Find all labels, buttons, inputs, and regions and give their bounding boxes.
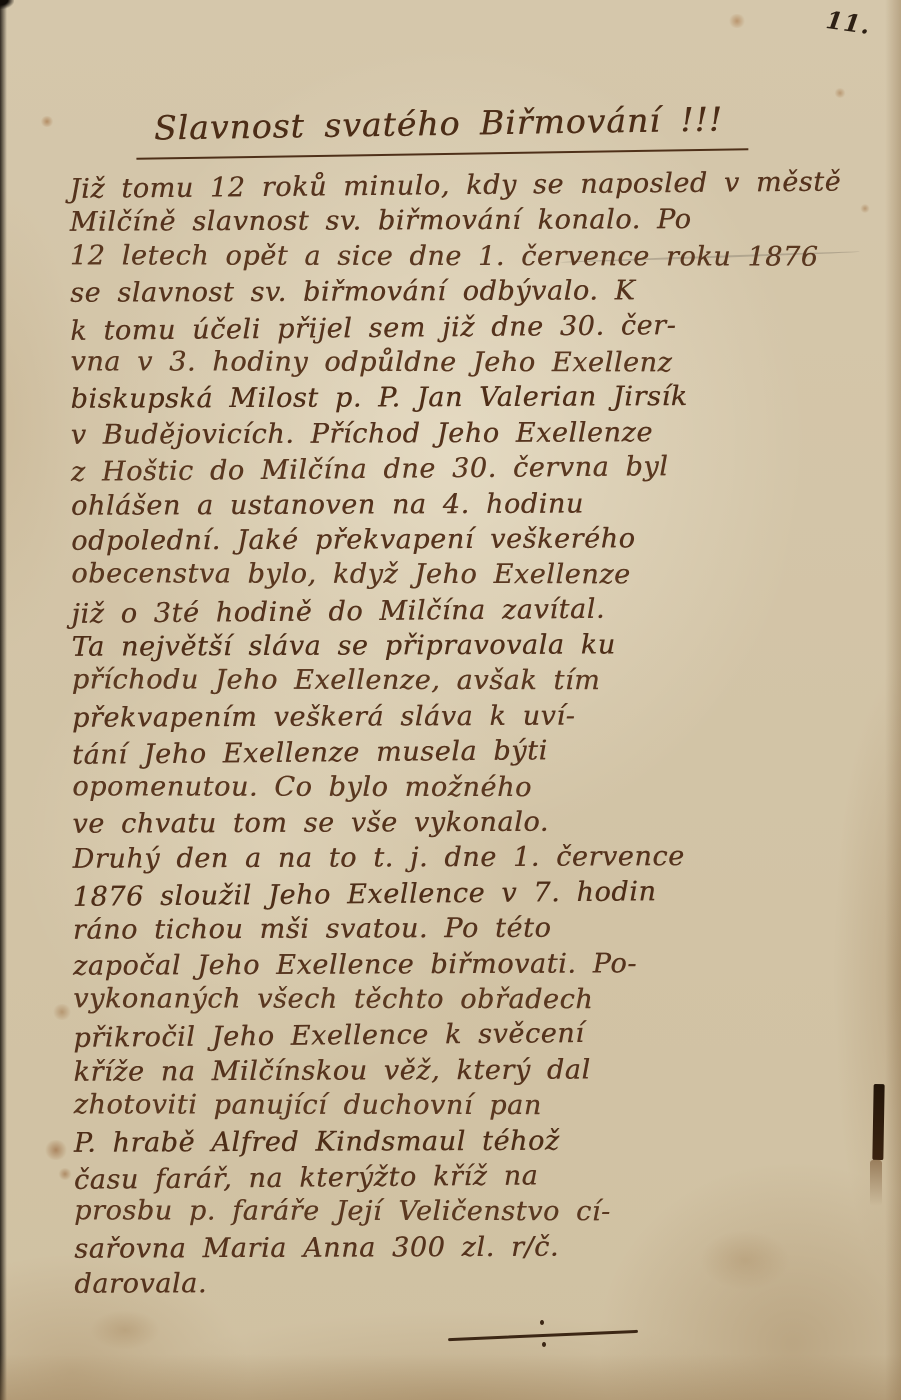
stain — [834, 88, 846, 98]
margin-ink-mark — [872, 1084, 884, 1160]
page-right-edge — [885, 0, 901, 1400]
manuscript-line: biskupská Milost p. P. Jan Valerian Jirs… — [70, 379, 870, 418]
divider-line — [448, 1330, 638, 1341]
manuscript-line: Druhý den a na to t. j. dne 1. července — [72, 839, 872, 878]
manuscript-line: Milčíně slavnost sv. biřmování konalo. P… — [70, 202, 870, 241]
manuscript-line: odpolední. Jaké překvapení veškerého — [71, 520, 871, 559]
manuscript-line: příchodu Jeho Exellenze, avšak tím — [72, 663, 872, 700]
page-left-edge — [0, 0, 7, 1400]
page-number: 11. — [824, 5, 872, 40]
stain — [44, 1140, 68, 1160]
manuscript-line: 12 letech opět a sice dne 1. července ro… — [70, 238, 870, 275]
manuscript-line: sařovna Maria Anna 300 zl. r/č. — [74, 1228, 874, 1267]
stain — [728, 14, 746, 28]
manuscript-line: vna v 3. hodiny odpůldne Jeho Exellenz — [70, 344, 870, 381]
manuscript-line: obecenstva bylo, když Jeho Exellenze — [71, 557, 871, 594]
section-divider — [448, 1318, 638, 1352]
manuscript-page: 11. Slavnost svatého Biřmování !!! Již t… — [0, 0, 901, 1400]
manuscript-body: Již tomu 12 roků minulo, kdy se naposled… — [70, 166, 875, 1302]
manuscript-line: 1876 sloužil Jeho Exellence v 7. hodin — [73, 872, 873, 915]
manuscript-line: již o 3té hodině do Milčína zavítal. — [71, 589, 871, 632]
manuscript-line: zhotoviti panující duchovní pan — [74, 1087, 874, 1124]
title-underline: Slavnost svatého Biřmování !!! — [136, 99, 749, 160]
manuscript-line: ohlášen a ustanoven na 4. hodinu — [71, 485, 871, 524]
stain — [90, 1310, 160, 1350]
divider-dot — [540, 1320, 544, 1325]
stain — [40, 116, 54, 127]
stain — [58, 1168, 72, 1180]
manuscript-line: opomenutou. Co bylo možného — [72, 769, 872, 806]
divider-dot — [542, 1342, 546, 1347]
manuscript-line: času farář, na kterýžto kříž na — [74, 1155, 874, 1198]
stain — [52, 1004, 72, 1020]
page-title: Slavnost svatého Biřmování !!! — [154, 99, 749, 147]
manuscript-line: vykonaných všech těchto obřadech — [73, 981, 873, 1018]
manuscript-line: přikročil Jeho Exellence k svěcení — [73, 1014, 873, 1057]
page-corner-shadow — [0, 0, 14, 9]
manuscript-line: se slavnost sv. biřmování odbývalo. K — [70, 272, 870, 311]
manuscript-line: Již tomu 12 roků minulo, kdy se naposled… — [69, 164, 869, 207]
manuscript-line: P. hrabě Alfred Kindsmaul téhož — [74, 1122, 874, 1161]
manuscript-line: kříže na Milčínskou věž, který dal — [73, 1051, 873, 1090]
manuscript-line: tání Jeho Exellenze musela býti — [72, 730, 872, 773]
page-bottom-edge — [0, 1354, 901, 1400]
manuscript-line: ve chvatu tom se vše vykonalo. — [72, 803, 872, 842]
manuscript-line: z Hoštic do Milčína dne 30. června byl — [71, 447, 871, 490]
manuscript-line: Ta největší sláva se připravovala ku — [72, 626, 872, 665]
manuscript-line: v Budějovicích. Příchod Jeho Exellenze — [71, 414, 871, 453]
manuscript-line: darovala. — [74, 1263, 874, 1302]
margin-ink-smudge — [870, 1160, 882, 1206]
manuscript-line: k tomu účeli přijel sem již dne 30. čer- — [70, 306, 870, 349]
manuscript-line: prosbu p. faráře Její Veličenstvo cí- — [74, 1194, 874, 1231]
manuscript-line: ráno tichou mši svatou. Po této — [73, 909, 873, 948]
manuscript-line: započal Jeho Exellence biřmovati. Po- — [73, 945, 873, 984]
manuscript-line: překvapením veškerá sláva k uví- — [72, 697, 872, 736]
